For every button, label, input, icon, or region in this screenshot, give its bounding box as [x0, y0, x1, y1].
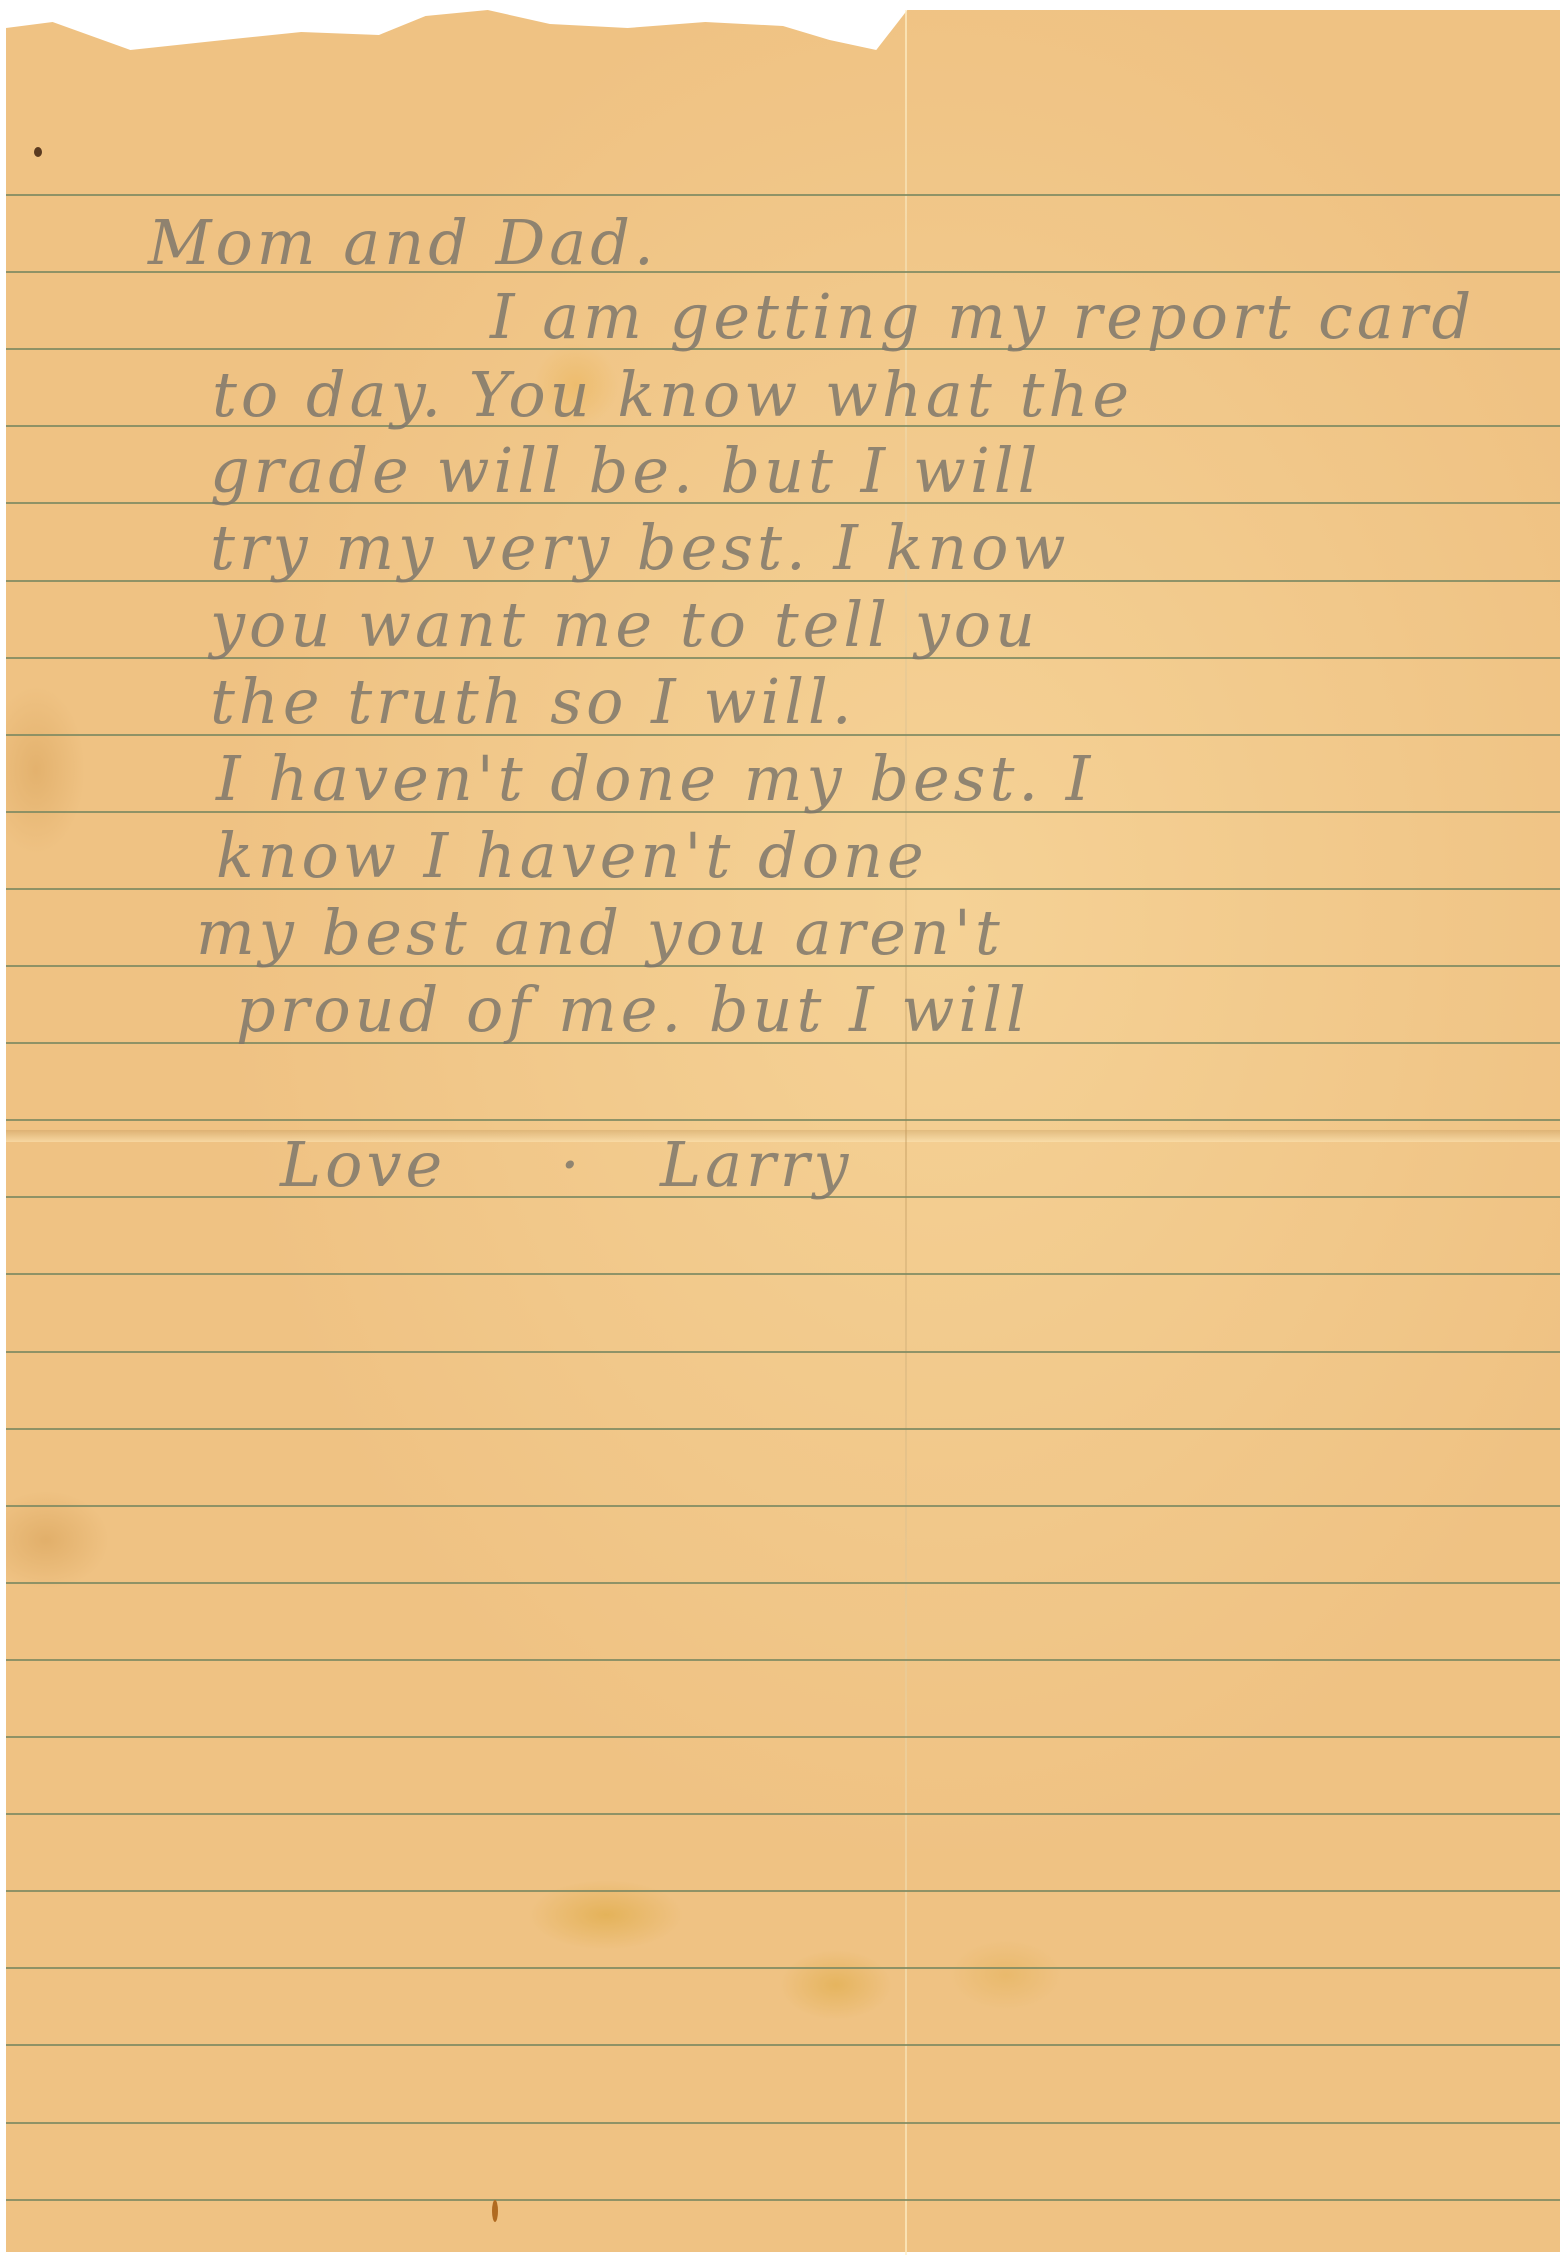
body-line-10: proud of me. but I will [236, 979, 1030, 1041]
signature: Larry [660, 1134, 852, 1196]
body-line-4: try my very best. I know [210, 517, 1070, 579]
body-line-5: you want me to tell you [210, 594, 1039, 656]
salutation: Mom and Dad. [148, 212, 658, 274]
body-line-3: grade will be. but I will [210, 440, 1041, 502]
closing: Love [280, 1134, 446, 1196]
body-line-9: my best and you aren't [196, 902, 1004, 964]
letter-text: Mom and Dad. I am getting my report card… [0, 0, 1560, 2261]
body-line-2: to day. You know what the [212, 364, 1133, 426]
body-line-1: I am getting my report card [490, 286, 1475, 348]
body-line-6: the truth so I will. [210, 671, 856, 733]
body-line-7: I haven't done my best. I [216, 748, 1094, 810]
body-line-8: know I haven't done [216, 825, 928, 887]
closing-separator: · [560, 1134, 584, 1196]
